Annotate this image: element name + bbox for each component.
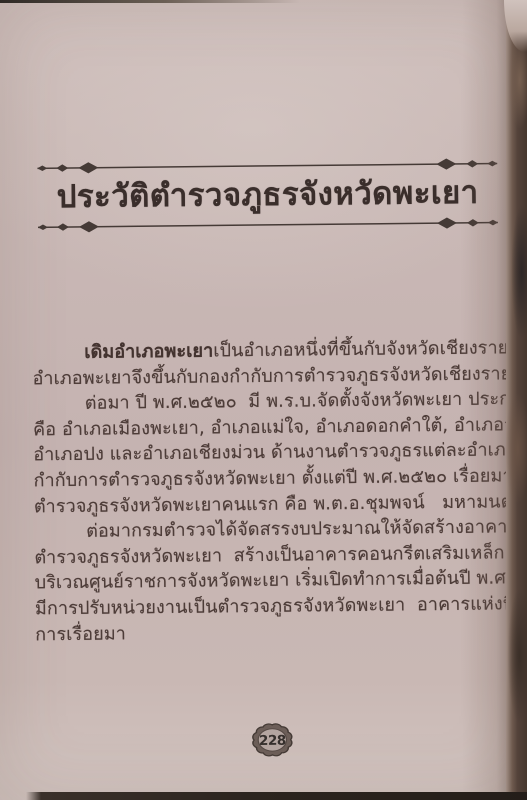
body-text: เดิมอำเภอพะเยาเป็นอำเภอหนึ่งที่ขึ้นกับจั…: [32, 335, 513, 647]
text-line: มีการปรับหน่วยงานเป็นตำรวจภูธรจังหวัดพะเ…: [35, 591, 513, 622]
diamond-ornament: [38, 166, 46, 170]
photo-right-edge: [506, 0, 527, 800]
photo-bottom-edge: [26, 792, 527, 800]
page-title: ประวัติตำรวจภูธรจังหวัดพะเยา: [37, 171, 497, 220]
page-curl-shadow: [462, 0, 506, 800]
paragraph-lead: เดิมอำเภอพะเยา: [84, 340, 213, 362]
title-banner: ประวัติตำรวจภูธรจังหวัดพะเยา: [37, 158, 498, 234]
photo-top-edge: [0, 0, 300, 3]
scanned-book-page: { "page": { "title": "ประวัติตำรวจภูธรจั…: [0, 0, 527, 800]
page-content: ประวัติตำรวจภูธรจังหวัดพะเยา เดิมอำเภอพะ…: [0, 0, 527, 800]
diamond-ornament: [39, 225, 47, 229]
diamond-ornament: [437, 159, 455, 169]
diamond-ornament: [79, 163, 97, 173]
diamond-ornament: [57, 165, 67, 171]
text-line: การเรื่อยมา: [35, 617, 513, 648]
page-number: 228: [259, 733, 286, 749]
diamond-ornament: [58, 224, 68, 230]
diamond-ornament: [80, 222, 98, 232]
diamond-ornament: [438, 218, 456, 228]
page-number-badge: 228: [249, 722, 295, 758]
banner-rule-bottom: [38, 216, 498, 233]
